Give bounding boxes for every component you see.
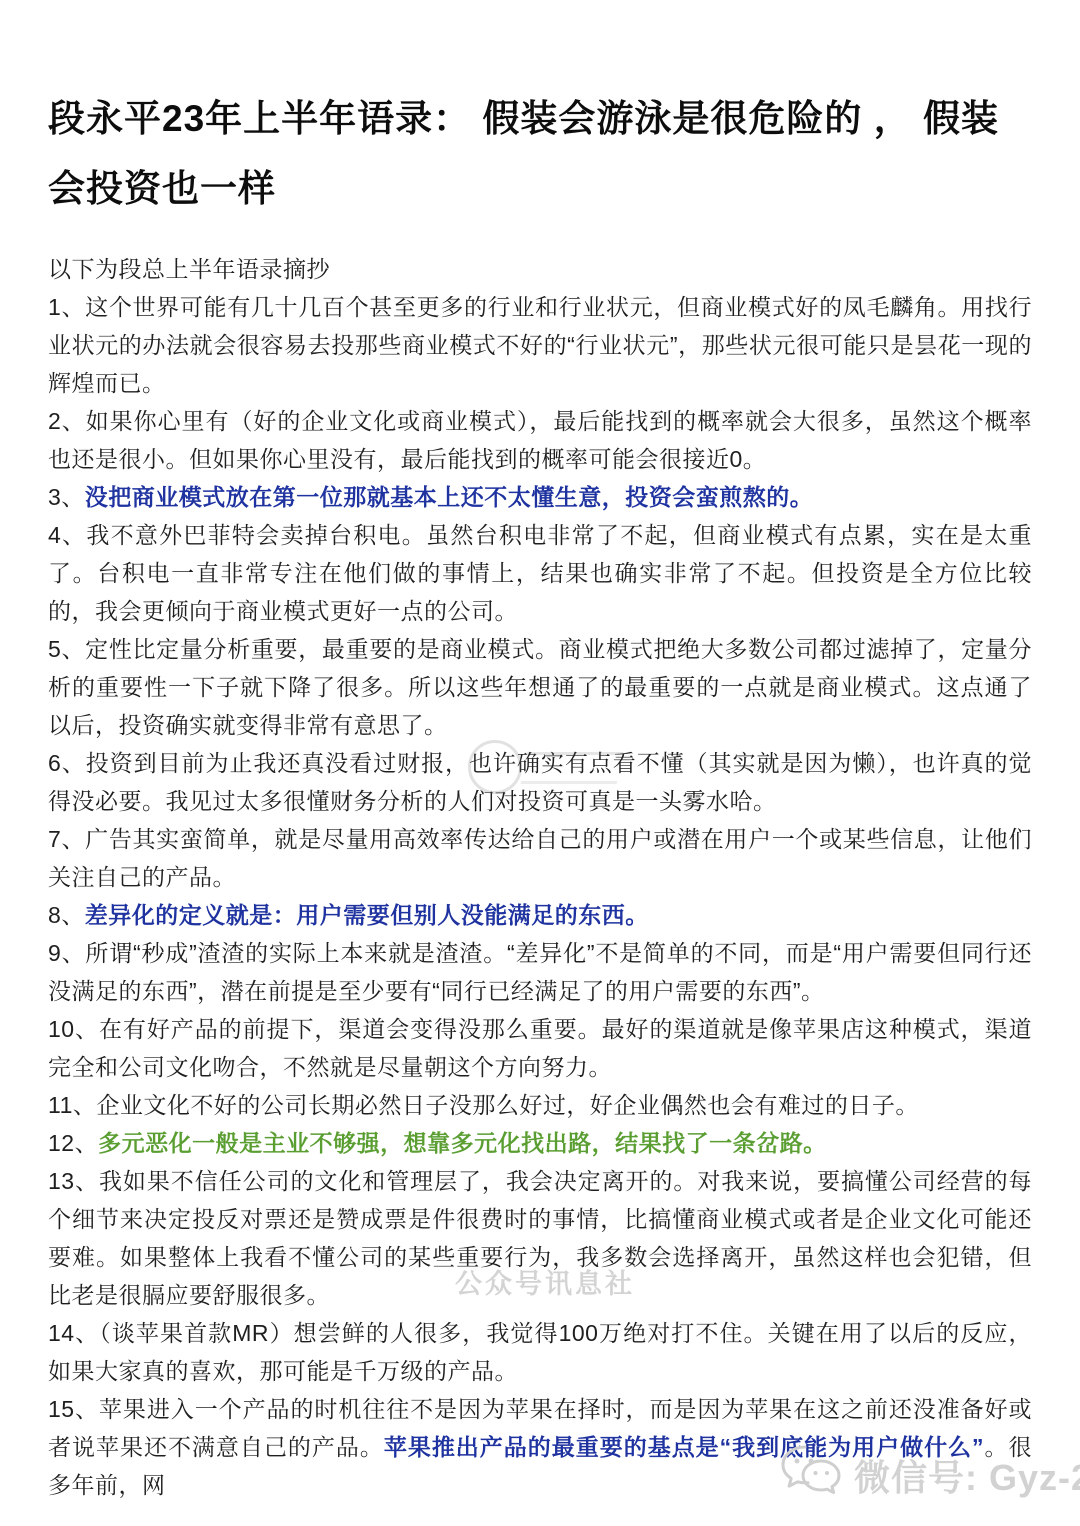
wechat-watermark: 微信号: Gyz-2016 xyxy=(780,1444,1080,1507)
article-title: 段永平23年上半年语录： 假装会游泳是很危险的 ， 假装会投资也一样 xyxy=(48,84,1032,224)
quote-number: 1、 xyxy=(48,294,85,320)
quote-number: 14、 xyxy=(48,1320,99,1346)
article-body: 以下为段总上半年语录摘抄 1、这个世界可能有几十几百个甚至更多的行业和行业状元，… xyxy=(48,250,1032,1504)
article-page: 段永平23年上半年语录： 假装会游泳是很危险的 ， 假装会投资也一样 以下为段总… xyxy=(0,0,1080,1526)
quote-12: 12、多元恶化一般是主业不够强，想靠多元化找出路，结果找了一条岔路。 xyxy=(48,1124,1032,1162)
quote-text: 企业文化不好的公司长期必然日子没那么好过，好企业偶然也会有难过的日子。 xyxy=(96,1092,919,1118)
quote-number: 3、 xyxy=(48,484,85,510)
quote-number: 8、 xyxy=(48,902,85,928)
quote-text: 如果你心里有（好的企业文化或商业模式），最后能找到的概率就会大很多，虽然这个概率… xyxy=(48,408,1032,472)
quote-text-highlighted: 差异化的定义就是：用户需要但别人没能满足的东西。 xyxy=(85,902,649,928)
quote-number: 11、 xyxy=(48,1092,96,1118)
quote-text: 在有好产品的前提下，渠道会变得没那么重要。最好的渠道就是像苹果店这种模式，渠道完… xyxy=(48,1016,1032,1080)
quote-text: 这个世界可能有几十几百个甚至更多的行业和行业状元，但商业模式好的凤毛麟角。用找行… xyxy=(48,294,1032,396)
quote-8: 8、差异化的定义就是：用户需要但别人没能满足的东西。 xyxy=(48,896,1032,934)
wechat-id-label: 微信号: Gyz-2016 xyxy=(854,1450,1080,1501)
stamp-watermark-circle xyxy=(468,740,522,794)
quote-text: 广告其实蛮简单，就是尽量用高效率传达给自己的用户或潜在用户一个或某些信息，让他们… xyxy=(48,826,1032,890)
quote-number: 10、 xyxy=(48,1016,99,1042)
quote-10: 10、在有好产品的前提下，渠道会变得没那么重要。最好的渠道就是像苹果店这种模式，… xyxy=(48,1010,1032,1086)
quote-number: 2、 xyxy=(48,408,86,434)
quote-4: 4、我不意外巴菲特会卖掉台积电。虽然台积电非常了不起，但商业模式有点累，实在是太… xyxy=(48,516,1032,630)
quote-text-highlighted: 多元恶化一般是主业不够强，想靠多元化找出路，结果找了一条岔路。 xyxy=(98,1130,827,1156)
quote-text: 所谓“秒成”渣渣的实际上本来就是渣渣。“差异化”不是简单的不同，而是“用户需要但… xyxy=(48,940,1032,1004)
quote-7: 7、广告其实蛮简单，就是尽量用高效率传达给自己的用户或潜在用户一个或某些信息，让… xyxy=(48,820,1032,896)
quote-number: 13、 xyxy=(48,1168,99,1194)
quote-text: （谈苹果首款MR）想尝鲜的人很多，我觉得100万绝对打不住。关键在用了以后的反应… xyxy=(48,1320,1032,1384)
quote-number: 9、 xyxy=(48,940,85,966)
quote-11: 11、企业文化不好的公司长期必然日子没那么好过，好企业偶然也会有难过的日子。 xyxy=(48,1086,1032,1124)
quote-1: 1、这个世界可能有几十几百个甚至更多的行业和行业状元，但商业模式好的凤毛麟角。用… xyxy=(48,288,1032,402)
quote-number: 6、 xyxy=(48,750,86,776)
quote-5: 5、定性比定量分析重要，最重要的是商业模式。商业模式把绝大多数公司都过滤掉了，定… xyxy=(48,630,1032,744)
quote-number: 15、 xyxy=(48,1396,99,1422)
quote-14: 14、（谈苹果首款MR）想尝鲜的人很多，我觉得100万绝对打不住。关键在用了以后… xyxy=(48,1314,1032,1390)
intro-line: 以下为段总上半年语录摘抄 xyxy=(48,250,1032,288)
stamp-watermark-text-smudge xyxy=(521,752,624,784)
wechat-icon xyxy=(780,1444,844,1507)
quote-number: 12、 xyxy=(48,1130,98,1156)
quote-3: 3、没把商业模式放在第一位那就基本上还不太懂生意，投资会蛮煎熬的。 xyxy=(48,478,1032,516)
quote-text: 定性比定量分析重要，最重要的是商业模式。商业模式把绝大多数公司都过滤掉了，定量分… xyxy=(48,636,1032,738)
quote-text-highlighted: 没把商业模式放在第一位那就基本上还不太懂生意，投资会蛮煎熬的。 xyxy=(85,484,814,510)
quote-2: 2、如果你心里有（好的企业文化或商业模式），最后能找到的概率就会大很多，虽然这个… xyxy=(48,402,1032,478)
quote-9: 9、所谓“秒成”渣渣的实际上本来就是渣渣。“差异化”不是简单的不同，而是“用户需… xyxy=(48,934,1032,1010)
quote-number: 7、 xyxy=(48,826,85,852)
center-watermark: 公众号讯息社 xyxy=(455,1262,635,1301)
quote-text: 我不意外巴菲特会卖掉台积电。虽然台积电非常了不起，但商业模式有点累，实在是太重了… xyxy=(48,522,1032,624)
quote-number: 5、 xyxy=(48,636,85,662)
quote-number: 4、 xyxy=(48,522,86,548)
